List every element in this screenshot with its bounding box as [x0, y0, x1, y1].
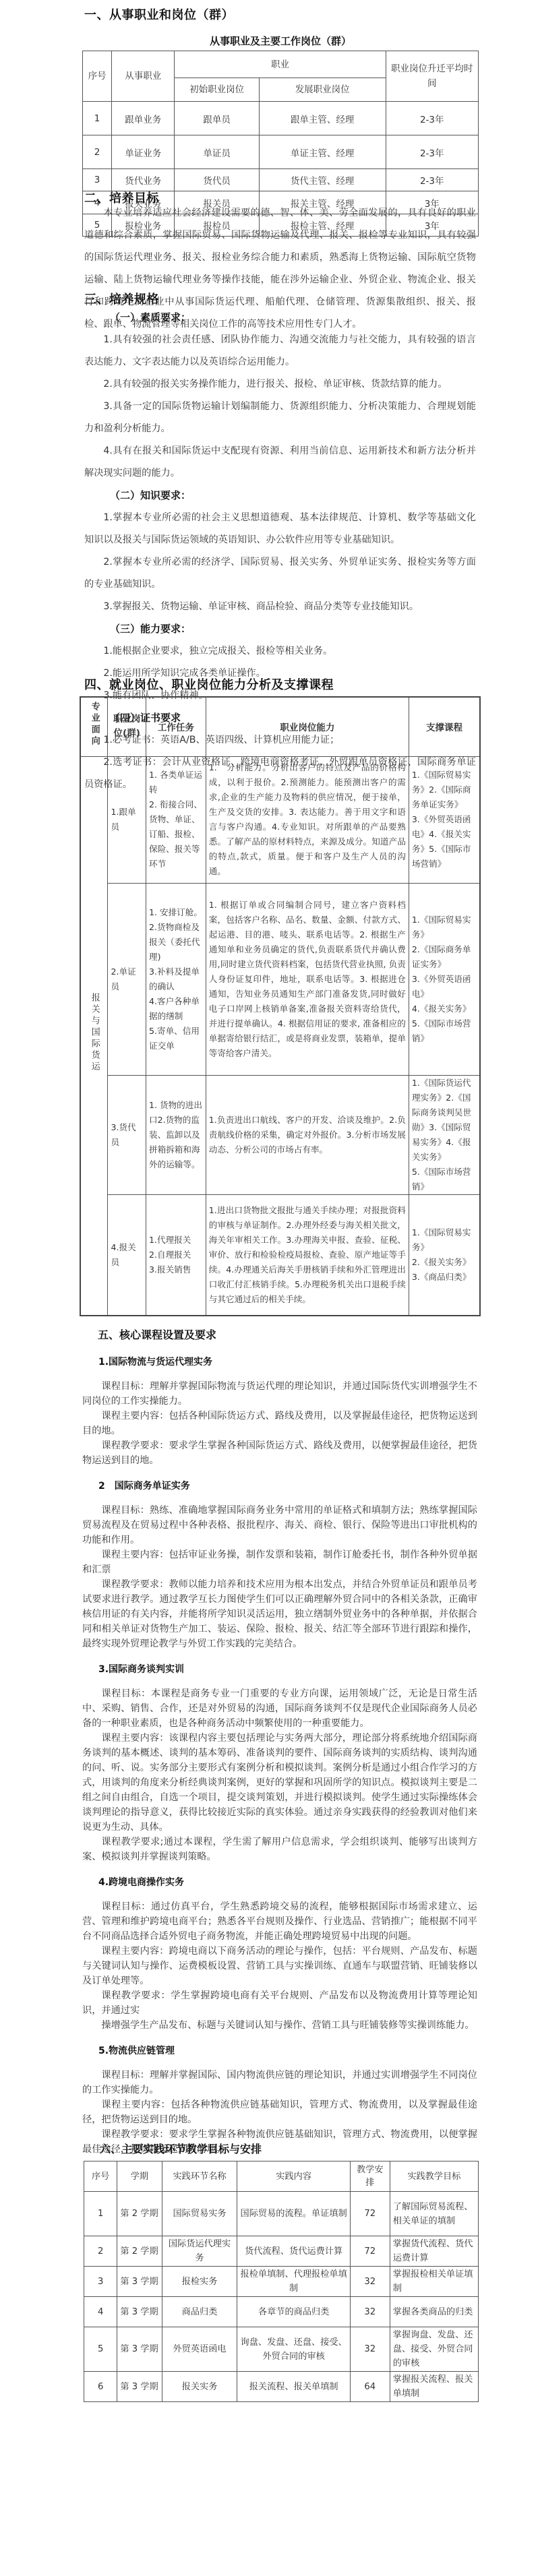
table-row: 报关与国际货运 1.跟单员 1. 各类单证运转 2. 衔接合同、货物、单证、订船… — [80, 756, 480, 883]
course-item: 1.《国际贸易实务》2.《国际商务单证实务》 — [412, 768, 477, 812]
cell-occupation: 货代业务 — [112, 169, 175, 191]
course-item: 3.《外贸英语函电》 — [412, 972, 477, 1002]
cell-courses: 1.《国际货运代理实务》2.《国际商务谈判吴世勋》3.《国际贸易实务》4.《报关… — [409, 1075, 480, 1194]
course-title: 5.物流供应链管理 — [82, 2044, 477, 2058]
header-practice-goal: 实践教学目标 — [390, 2161, 478, 2192]
cell-seq: 3 — [83, 169, 112, 191]
table-row: 6 第 3 学期 报关实务 报关流程、报关单填制 64 掌握报关流程、报关单填制 — [84, 2372, 479, 2402]
cell-development: 跟单主管、经理 — [259, 102, 386, 135]
table-row: 2 单证业务 单证员 单证主管、经理 2-3年 — [83, 135, 479, 169]
cell-tasks: 1. 货物的进出口2.货物的监装、监卸以及拼箱拆箱和海外的运输等。 — [146, 1075, 206, 1194]
knowledge-item: 2.掌握本专业所必需的经济学、国际贸易、报关实务、外贸单证实务、报检实务等方面的… — [84, 551, 476, 596]
header-direction-text: 专业面向 — [88, 702, 101, 747]
cell-hours: 32 — [350, 2327, 390, 2372]
cell-practice-content: 各章节的商品归类 — [237, 2297, 350, 2327]
task-item: 3.报关销售 — [149, 1262, 203, 1277]
course-item: 1.《国际货运代理实务》2.《国际商务谈判吴世勋》3.《国际贸易实务》4.《报关… — [412, 1076, 477, 1165]
ability-requirements-title: （三）能力要求： — [84, 618, 476, 640]
table-row: 5 第 3 学期 外贸英语函电 询盘、发盘、还盘、接受、外贸合同的审核 32 掌… — [84, 2327, 479, 2372]
header-occupation: 从事职业 — [112, 51, 175, 102]
knowledge-item: 1.掌握本专业所必需的社会主义思想道德观、基本法律规范、计算机、数学等基础文化知… — [84, 507, 476, 551]
cell-ability: 1.负责进出口航线、客户的开发、洽谈及维护。2.负责航线价格的采集，确定对外报价… — [206, 1075, 409, 1194]
course-requirement: 课程教学要求：教师以能力培养和技术应用为根本出发点，并结合外贸单证员和跟单员考试… — [82, 1577, 477, 1651]
task-item: 3.补料及提单的确认 — [149, 964, 203, 994]
header-seq: 序号 — [84, 2161, 117, 2192]
course-goal: 课程目标：理解并掌握国际物流与货运代理的理论知识，并通过国际货代实训增强学生不同… — [82, 1379, 477, 1409]
cell-term: 第 3 学期 — [117, 2267, 162, 2297]
header-initial-post: 初始职业岗位 — [175, 78, 259, 102]
course-title: 4.跨境电商操作实务 — [82, 1875, 477, 1890]
cell-practice-name: 国际贸易实务 — [162, 2192, 237, 2236]
course-content: 课程主要内容：包括各种国际货运方式、路线及费用，以及掌握最佳途径，把货物运送到目… — [82, 1409, 477, 1438]
cell-practice-name: 商品归类 — [162, 2297, 237, 2327]
course-item: 4.《报关实务》 — [412, 1002, 477, 1016]
header-tasks: 工作任务 — [146, 697, 206, 756]
course-item: 2.《报关实务》 — [412, 1255, 477, 1270]
table-row: 2 第 2 学期 国际货运代理实务 货代流程、货代运费计算 72 掌握货代流程、… — [84, 2236, 479, 2267]
cell-tasks: 1.代理报关 2.自理报关 3.报关销售 — [146, 1194, 206, 1316]
header-seq: 序号 — [83, 51, 112, 102]
course-item: 3.《外贸英语函电》4.《报关实务》5.《国际市场营销》 — [412, 812, 477, 871]
cell-practice-content: 询盘、发盘、还盘、接受、外贸合同的审核 — [237, 2327, 350, 2372]
cell-practice-goal: 掌握货代流程、货代运费计算 — [390, 2236, 478, 2267]
cell-ability: 1.进出口货物批文报批与通关手续办理；对报批资料的审核与单证制作。2.办理外经委… — [206, 1194, 409, 1316]
course-requirement: 课程教学要求;通过本课程，学生需了解用户信息需求，学会组织谈判、能够写出谈判方案… — [82, 1835, 477, 1864]
course-content: 课程主要内容：该课程内容主要包括理论与实务两大部分，理论部分将系统地介绍国际商务… — [82, 1731, 477, 1835]
cell-seq: 2 — [84, 2236, 117, 2267]
cell-practice-content: 报关流程、报关单填制 — [237, 2372, 350, 2402]
cell-initial: 货代员 — [175, 169, 259, 191]
header-practice-name: 实践环节名称 — [162, 2161, 237, 2192]
header-post: 职业岗位(群) — [108, 697, 146, 756]
cell-term: 第 3 学期 — [117, 2297, 162, 2327]
cell-hours: 32 — [350, 2267, 390, 2297]
table-row: 2.单证员 1. 安排订舱。 2.货物商检及报关（委托代理) 3.补料及提单的确… — [80, 883, 480, 1075]
task-item: 2.自理报关 — [149, 1248, 203, 1262]
course-content: 课程主要内容：包括各种物流供应链基础知识，管理方式、物流费用，以及掌握最佳途径，… — [82, 2097, 477, 2127]
task-item: 1.代理报关 — [149, 1233, 203, 1248]
task-item: 1. 货物的进出口2.货物的监装、监卸以及拼箱拆箱和海外的运输等。 — [149, 1098, 203, 1172]
cell-seq: 4 — [84, 2297, 117, 2327]
cell-ability: 1. 根据订单或合同编制合同号，建立客户资料档案，包括客户名称、品名、数量、金额… — [206, 883, 409, 1075]
cell-seq: 5 — [84, 2327, 117, 2372]
cell-practice-name: 国际货运代理实务 — [162, 2236, 237, 2267]
cell-occupation: 跟单业务 — [112, 102, 175, 135]
table-row: 1 第 2 学期 国际贸易实务 国际贸易的流程。单证填制 72 了解国际贸易流程… — [84, 2192, 479, 2236]
course-item: 2.《国际商务单证实务》 — [412, 942, 477, 972]
cell-development: 单证主管、经理 — [259, 135, 386, 169]
cell-hours: 72 — [350, 2236, 390, 2267]
course-item: 5.《国际市场营销》 — [412, 1165, 477, 1194]
section6-title: 六、主要实践环节教学目标与安排 — [100, 2141, 262, 2156]
cell-tasks: 1. 各类单证运转 2. 衔接合同、货物、单证、订船、报检、保险、报关等环节 — [146, 756, 206, 883]
cell-courses: 1.《国际贸易实务》2.《国际商务单证实务》 3.《外贸英语函电》4.《报关实务… — [409, 756, 480, 883]
cell-seq: 2 — [83, 135, 112, 169]
header-ability: 职业岗位能力 — [206, 697, 409, 756]
cell-hours: 64 — [350, 2372, 390, 2402]
cell-post: 2.单证员 — [108, 883, 146, 1075]
cell-ability: 1. 分析能力。分析出客户的特点及产品的价格构成，以利于报价。2.预测能力。能预… — [206, 756, 409, 883]
header-courses: 支撑课程 — [409, 697, 480, 756]
table-row: 1 跟单业务 跟单员 跟单主管、经理 2-3年 — [83, 102, 479, 135]
cell-term: 第 2 学期 — [117, 2236, 162, 2267]
cell-term: 第 3 学期 — [117, 2372, 162, 2402]
quality-requirements-title: （一）素质要求： — [84, 307, 476, 329]
cell-practice-content: 国际贸易的流程。单证填制 — [237, 2192, 350, 2236]
table-row: 3 货代业务 货代员 货代主管、经理 2-3年 — [83, 169, 479, 191]
cell-seq: 3 — [84, 2267, 117, 2297]
course-title: 2 国际商务单证实务 — [82, 1479, 477, 1494]
cell-initial: 跟单员 — [175, 102, 259, 135]
cell-practice-content: 货代流程、货代运费计算 — [237, 2236, 350, 2267]
table-row: 4.报关员 1.代理报关 2.自理报关 3.报关销售 1.进出口货物批文报批与通… — [80, 1194, 480, 1316]
section1-title: 一、从事职业和岗位（群） — [84, 5, 234, 23]
cell-hours: 32 — [350, 2297, 390, 2327]
knowledge-item: 3.掌握报关、货物运输、单证审核、商品检验、商品分类等专业技能知识。 — [84, 596, 476, 618]
cell-time: 2-3年 — [386, 135, 479, 169]
course-goal: 课程目标：熟练、准确地掌握国际商务业务中常用的单证格式和填制方法；熟练掌握国际贸… — [82, 1503, 477, 1547]
core-courses-block: 1.国际物流与货运代理实务 课程目标：理解并掌握国际物流与货运代理的理论知识，并… — [82, 1355, 477, 2157]
course-content: 课程主要内容：跨境电商以下商务活动的理论与操作，包括：平台规则、产品发布、标题与… — [82, 1944, 477, 1988]
cell-post: 1.跟单员 — [108, 756, 146, 883]
cell-post: 4.报关员 — [108, 1194, 146, 1316]
task-item: 2.货物商检及报关（委托代理) — [149, 920, 203, 964]
quality-item: 4.具有在报关和国际货运中支配现有资源、利用当前信息、运用新技术和新方法分析并解… — [84, 440, 476, 485]
course-item: 1.《国际贸易实务》 — [412, 1225, 477, 1255]
cell-initial: 单证员 — [175, 135, 259, 169]
cell-courses: 1.《国际贸易实务》 2.《国际商务单证实务》 3.《外贸英语函电》 4.《报关… — [409, 883, 480, 1075]
course-item: 5.《国际市场营销》 — [412, 1016, 477, 1046]
task-item: 2. 衔接合同、货物、单证、订船、报检、保险、报关等环节 — [149, 797, 203, 871]
post-ability-table: 专业面向 职业岗位(群) 工作任务 职业岗位能力 支撑课程 报关与国际货运 1.… — [80, 696, 481, 1316]
cell-practice-content: 报检单填制、代理报检单填制 — [237, 2267, 350, 2297]
cell-occupation: 单证业务 — [112, 135, 175, 169]
course-title: 1.国际物流与货运代理实务 — [82, 1355, 477, 1370]
course-item: 1.《国际贸易实务》 — [412, 913, 477, 942]
course-goal: 课程目标：理解并掌握国际、国内物流供应链的理论知识，并通过实训增强学生不同岗位的… — [82, 2068, 477, 2097]
task-item: 5.寄单、信用证交单 — [149, 1024, 203, 1053]
cell-courses: 1.《国际贸易实务》 2.《报关实务》 3.《商品归类》 — [409, 1194, 480, 1316]
course-requirement: 课程教学要求：学生掌握跨境电商有关平台规则、产品发布以及物流费用计算等理论知识，… — [82, 1988, 477, 2018]
cell-development: 货代主管、经理 — [259, 169, 386, 191]
header-career: 职业 — [175, 51, 386, 78]
course-content: 课程主要内容：包括审证业务操，制作发票和装箱，制作订舱委托书，制作各种外贸单据和… — [82, 1547, 477, 1577]
cell-direction: 报关与国际货运 — [80, 756, 108, 1316]
cell-practice-name: 外贸英语函电 — [162, 2327, 237, 2372]
cell-hours: 72 — [350, 2192, 390, 2236]
table-row: 3 第 3 学期 报检实务 报检单填制、代理报检单填制 32 掌握报检相关单证填… — [84, 2267, 479, 2297]
course-requirement-continued: 操增强学生产品发布、标题与关键词认知与操作、营销工具与旺铺装修等实操训练能力。 — [82, 2018, 477, 2033]
practice-table: 序号 学期 实践环节名称 实践内容 教学安排 实践教学目标 1 第 2 学期 国… — [84, 2161, 479, 2402]
cell-time: 2-3年 — [386, 102, 479, 135]
course-goal: 课程目标：通过仿真平台，学生熟悉跨境交易的流程，能够根据国际市场需求建立、运营、… — [82, 1899, 477, 1944]
cell-seq: 1 — [83, 102, 112, 135]
cell-time: 2-3年 — [386, 169, 479, 191]
occupation-table-caption: 从事职业及主要工作岗位（群） — [82, 34, 479, 48]
task-item: 4.客户各种单据的缮制 — [149, 994, 203, 1024]
cell-seq: 6 — [84, 2372, 117, 2402]
header-direction: 专业面向 — [80, 697, 108, 756]
quality-item: 2.具有较强的报关实务操作能力，进行报关、报检、单证审核、货款结算的能力。 — [84, 373, 476, 396]
section5-title: 五、核心课程设置及要求 — [98, 1326, 216, 1342]
cell-practice-goal: 了解国际贸易流程、相关单证的填制 — [390, 2192, 478, 2236]
cell-post: 3.货代员 — [108, 1075, 146, 1194]
header-term: 学期 — [117, 2161, 162, 2192]
ability-item: 1.能根据企业要求，独立完成报关、报检等相关业务。 — [84, 640, 476, 663]
cell-term: 第 3 学期 — [117, 2327, 162, 2372]
header-practice-content: 实践内容 — [237, 2161, 350, 2192]
course-item: 3.《商品归类》 — [412, 1270, 477, 1285]
cell-term: 第 2 学期 — [117, 2192, 162, 2236]
task-item: 1. 各类单证运转 — [149, 768, 203, 797]
course-requirement: 课程教学要求：要求学生掌握各种国际货运方式、路线及费用，以便掌握最佳途径，把货物… — [82, 1438, 477, 1468]
course-title: 3.国际商务谈判实训 — [82, 1662, 477, 1677]
cell-seq: 1 — [84, 2192, 117, 2236]
cell-practice-goal: 掌握报检相关单证填制 — [390, 2267, 478, 2297]
section3-title: 三、培养规格 — [84, 290, 159, 307]
table-row: 3.货代员 1. 货物的进出口2.货物的监装、监卸以及拼箱拆箱和海外的运输等。 … — [80, 1075, 480, 1194]
quality-item: 1.具有较强的社会责任感、团队协作能力、沟通交流能力与社交能力，具有较强的语言表… — [84, 329, 476, 373]
cell-practice-goal: 掌握询盘、发盘、还盘、接受、外贸合同的审核 — [390, 2327, 478, 2372]
cell-practice-name: 报关实务 — [162, 2372, 237, 2402]
cell-practice-name: 报检实务 — [162, 2267, 237, 2297]
cell-practice-goal: 掌握各类商品的归类 — [390, 2297, 478, 2327]
header-development-post: 发展职业岗位 — [259, 78, 386, 102]
cell-tasks: 1. 安排订舱。 2.货物商检及报关（委托代理) 3.补料及提单的确认 4.客户… — [146, 883, 206, 1075]
task-item: 1. 安排订舱。 — [149, 905, 203, 920]
header-promotion-time: 职业岗位升迁平均时间 — [386, 51, 479, 102]
table-row: 4 第 3 学期 商品归类 各章节的商品归类 32 掌握各类商品的归类 — [84, 2297, 479, 2327]
section4-title: 四、就业岗位、职业岗位能力分析及支撑课程 — [84, 675, 334, 693]
header-hours: 教学安排 — [350, 2161, 390, 2192]
quality-item: 3.具备一定的国际货物运输计划编制能力、货源组织能力、分析决策能力、合理规划能力… — [84, 396, 476, 440]
direction-text: 报关与国际货运 — [87, 993, 102, 1073]
knowledge-requirements-title: （二）知识要求： — [84, 485, 476, 507]
cell-practice-goal: 掌握报关流程、报关单填制 — [390, 2372, 478, 2402]
course-goal: 课程目标：本课程是商务专业一门重要的专业方向课，运用领域广泛，无论是日常生活中、… — [82, 1686, 477, 1731]
